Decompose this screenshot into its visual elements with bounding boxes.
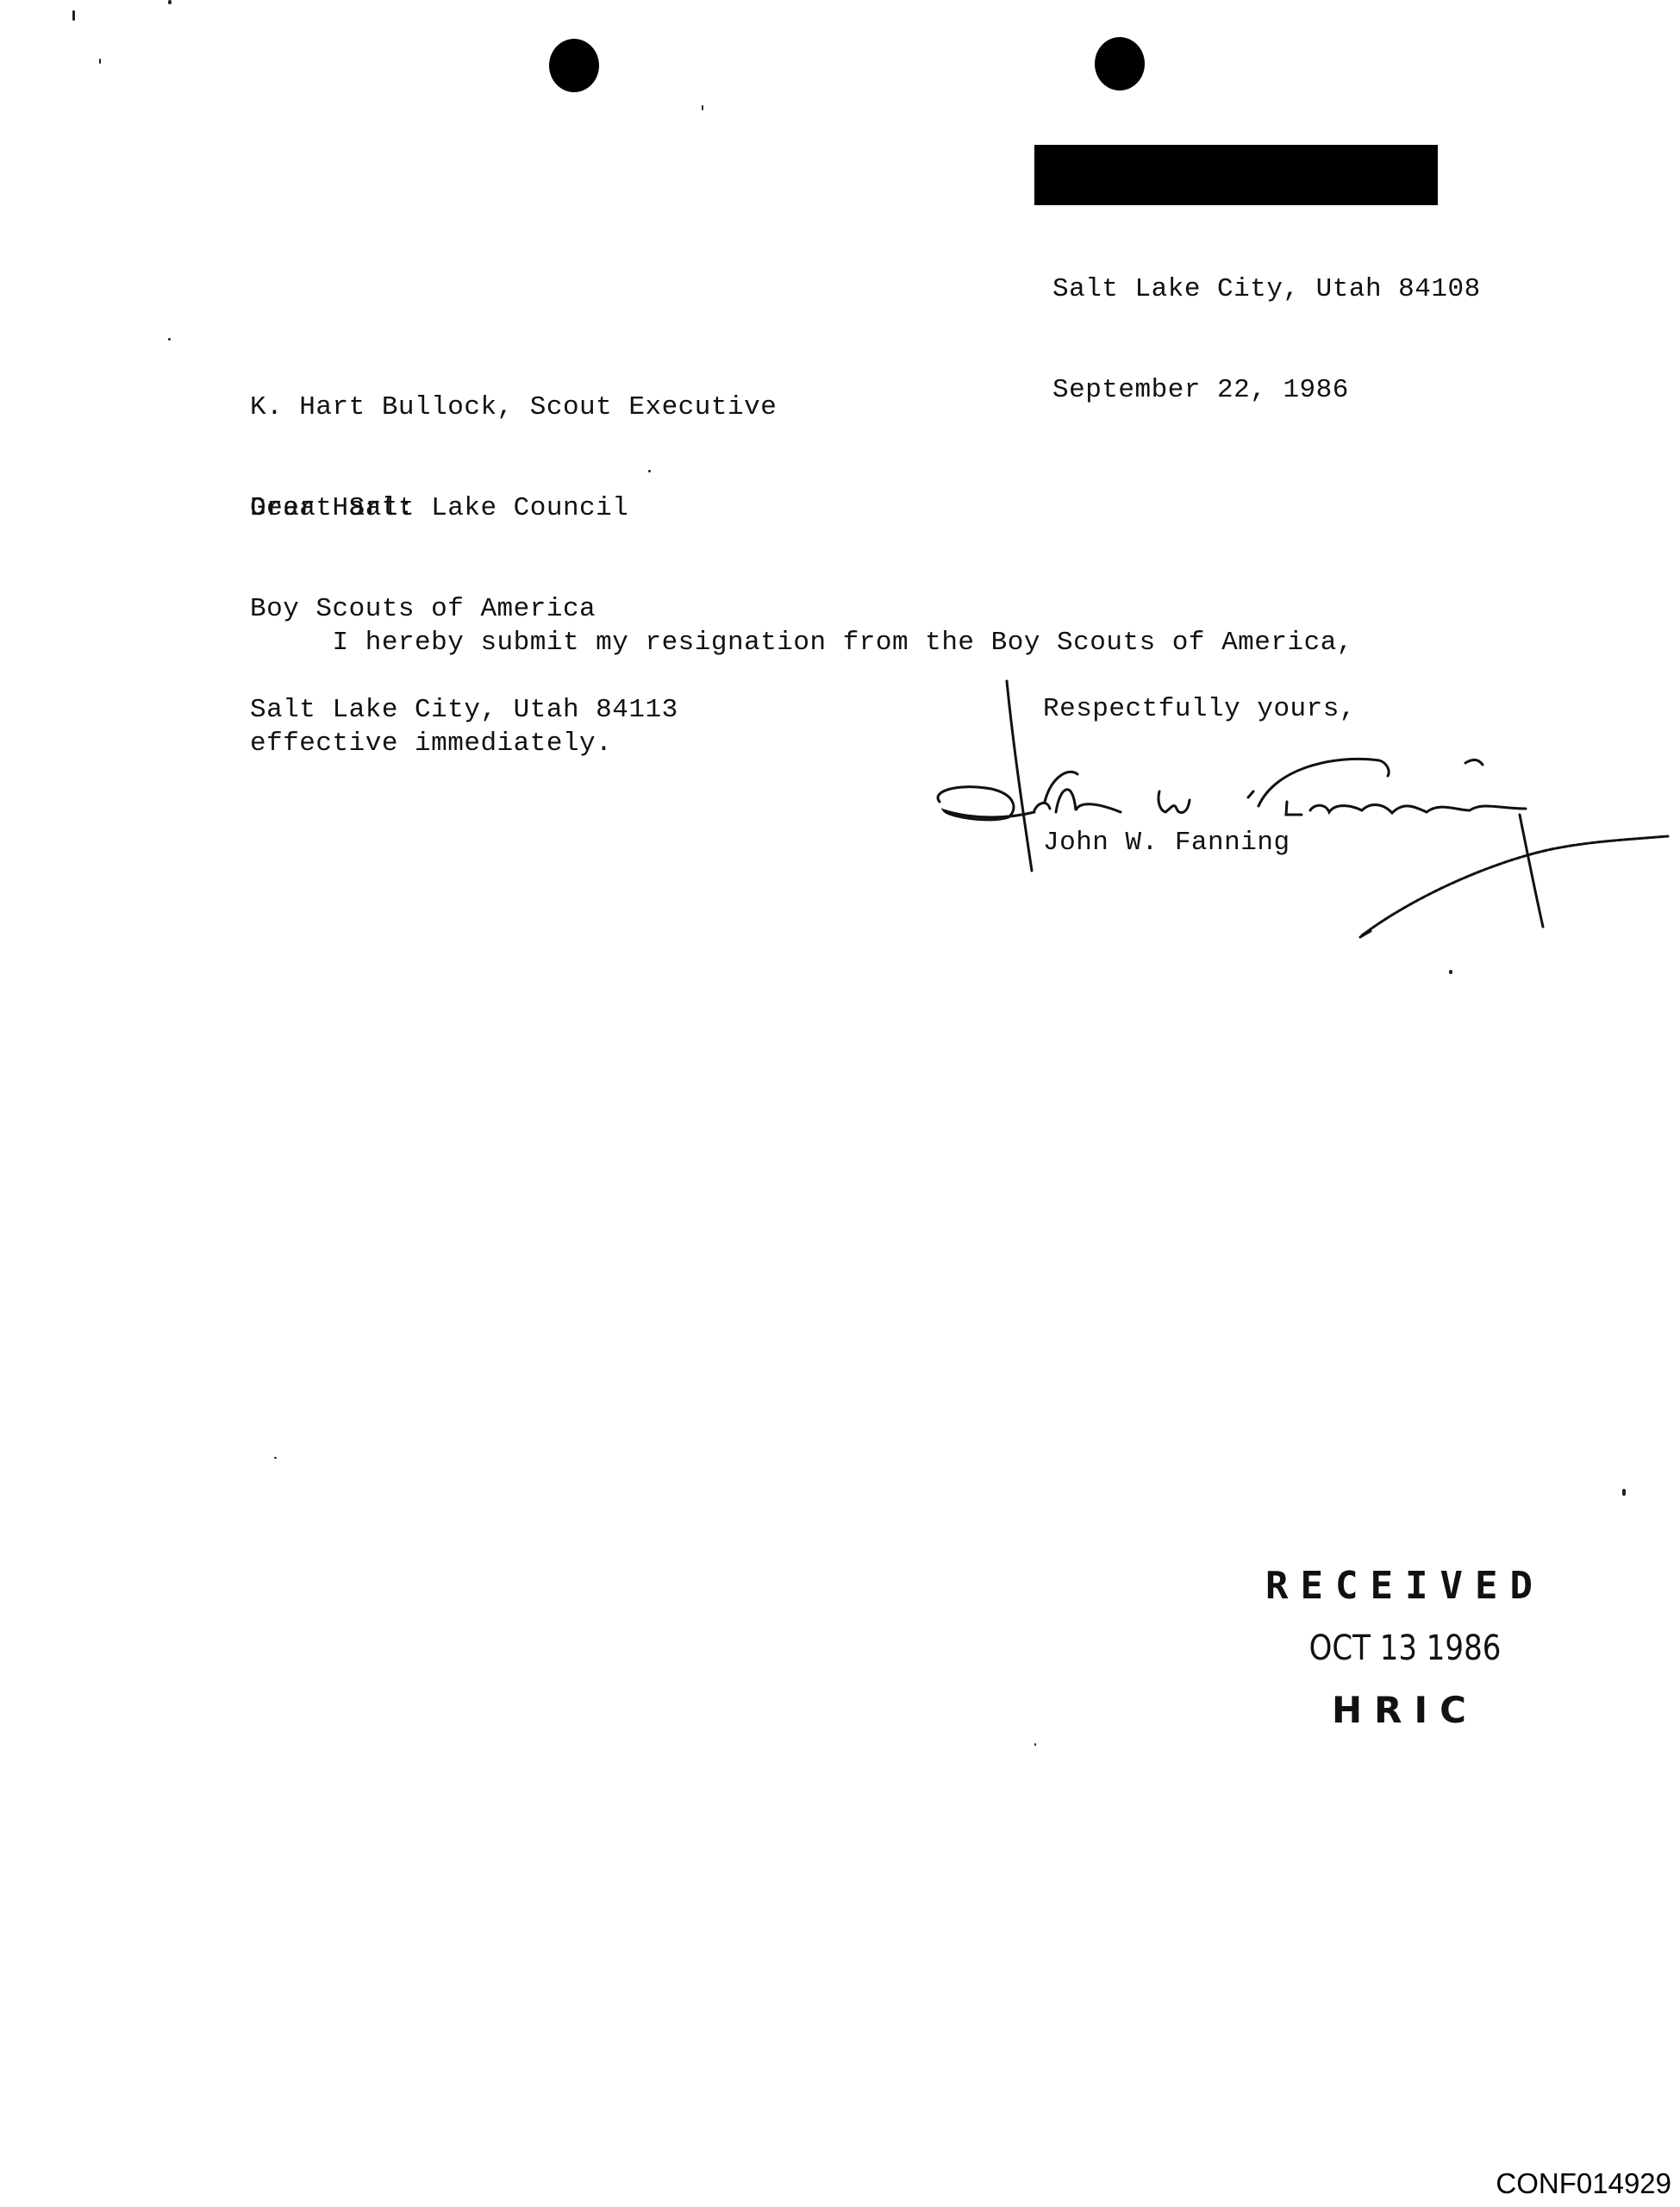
bates-number: CONF014929 (1496, 2167, 1671, 2200)
sender-block: Salt Lake City, Utah 84108 September 22,… (1052, 205, 1481, 474)
redacted-sender-address (1034, 145, 1438, 205)
body-line: I hereby submit my resignation from the … (250, 626, 1353, 660)
punch-hole-right (1095, 37, 1145, 91)
letter-date: September 22, 1986 (1052, 373, 1481, 407)
stamp-status: RECEIVED (1241, 1560, 1569, 1612)
stamp-department: HRIC (1241, 1685, 1569, 1736)
recipient-line: K. Hart Bullock, Scout Executive (250, 391, 777, 424)
punch-hole-left (549, 39, 599, 92)
scan-speck (99, 59, 101, 64)
scan-speck (72, 10, 75, 21)
scan-speck (168, 338, 171, 341)
scan-speck (1622, 1489, 1626, 1496)
letter-page: Salt Lake City, Utah 84108 September 22,… (0, 0, 1680, 2207)
sender-city-line: Salt Lake City, Utah 84108 (1052, 272, 1481, 306)
stamp-date: OCT 13 1986 (1266, 1622, 1545, 1674)
scan-speck (274, 1457, 277, 1459)
scan-speck (168, 0, 172, 4)
signer-name: John W. Fanning (1043, 826, 1290, 860)
scan-speck (702, 105, 703, 110)
scan-speck (1449, 970, 1452, 974)
scan-speck (1034, 1743, 1036, 1746)
received-stamp: RECEIVED OCT 13 1986 HRIC (1241, 1560, 1569, 1736)
salutation: Dear Hart: (250, 491, 415, 525)
handwritten-signature (931, 672, 1672, 948)
